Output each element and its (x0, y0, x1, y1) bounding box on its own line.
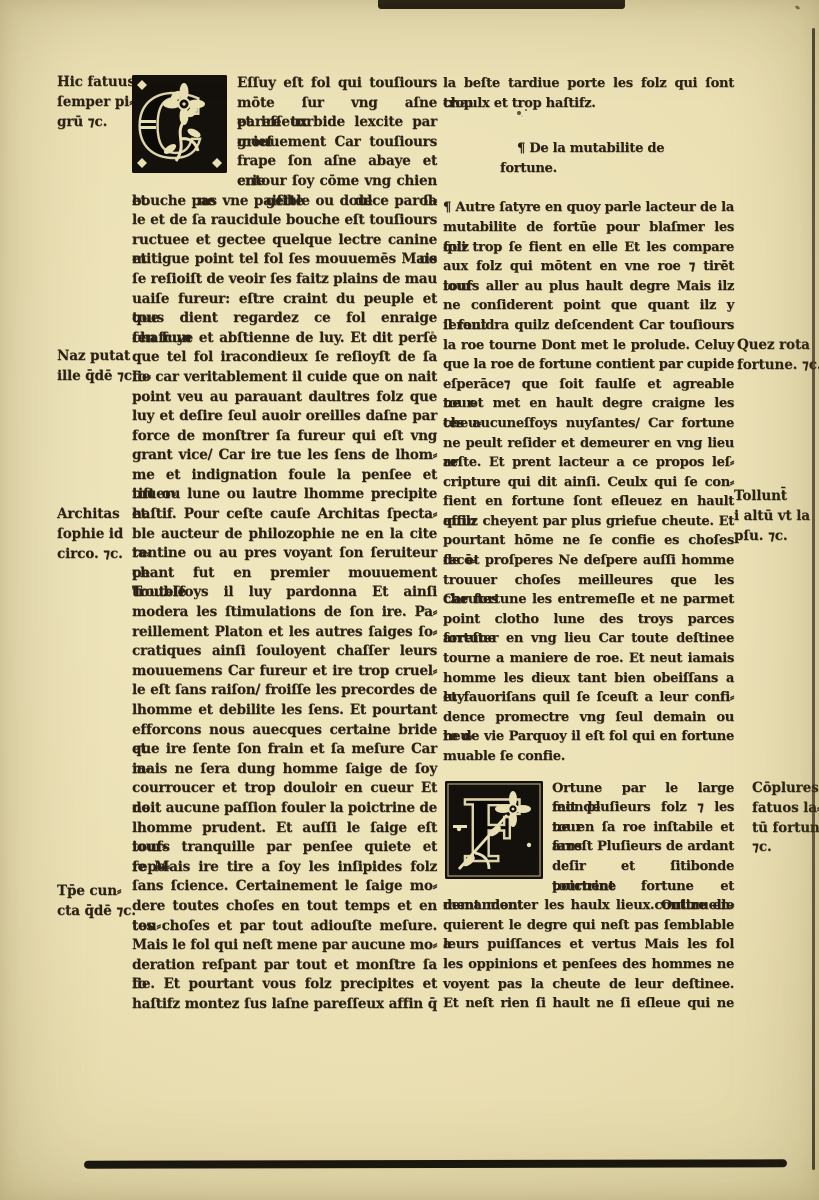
text-line: il fauldra quilz deſcendent Car touſiour… (443, 316, 734, 336)
margin-note-naz-putat: Naz putatille q̄dē ⁊c. (57, 347, 137, 387)
margin-note-line: ſemper pi⸗ (57, 93, 135, 113)
text-line: grant vice/ Car ire tue les ſens de lhom… (132, 446, 437, 466)
text-line: la roe tourne Dont met le prolude. Celuy (443, 336, 734, 356)
text-line: tes aucuneſfoys nuyſantes/ Car fortune (443, 414, 734, 434)
margin-note-line: grū ⁊c. (57, 113, 135, 133)
margin-note-complures: Cōpluresfatuos la⸗tū fortuna⁊c. (752, 779, 819, 858)
text-line: dere toutes choſes en tout temps et en t… (132, 897, 437, 917)
text-line: lhomme prudent. Et auſſi le ſaige eſt to… (132, 819, 437, 839)
margin-note-line: fatuos la⸗ (752, 799, 819, 819)
text-line: ſans ſcience. Certainement le ſaige mo⸗ (132, 877, 437, 897)
margin-note-line: Tp̄e cun⸗ (57, 882, 136, 902)
woodcut-initial-F: F (445, 781, 543, 879)
text-line: Mais le fol qui neſt mene par aucune mo⸗ (132, 936, 437, 956)
text-line: muable ſe confie. (443, 747, 734, 767)
paragraph-lines: la beſte tardiue porte les folz qui ſont… (443, 74, 734, 113)
text-line: haſtif. Pour ceſte cauſe Architas ſpecta… (132, 505, 437, 525)
text-line: le eſt ſans raiſon/ froiſſe les precorde… (132, 681, 437, 701)
text-line: que la roe de fortune contient par cupid… (443, 355, 734, 375)
text-line: voyent pas la cheute de leur deſtinee. (443, 975, 734, 995)
left-text-column: C (132, 74, 437, 1015)
text-line: entour ſoy cōme vng chien et ne gette de… (132, 172, 437, 192)
paragraph-lines: ¶ Autre ſatyre en quoy parle lacteur de … (443, 198, 734, 766)
heading-line: ¶ De la mutabilite de (443, 139, 734, 159)
fortune-paragraph: F (443, 779, 734, 1014)
margin-note-line: ſophie id (57, 525, 123, 545)
text-line: reſte. Et prent lacteur a ce propos leſ⸗ (443, 453, 734, 473)
text-line: aux folz qui mōtent en vne roe ⁊ tirēt t… (443, 257, 734, 277)
margin-note-tolluntur: Tollunt̄i altū vt lapſu. ⁊c. (734, 487, 810, 546)
text-line: ſe Mais ire tire a ſoy les inſipides fol… (132, 858, 437, 878)
text-line: qui trop ſe fient en elle Et les compare (443, 238, 734, 258)
scan-artifact-top-bar (378, 0, 625, 9)
text-line: trouuer choſes meilleures que les cheute… (443, 571, 734, 591)
text-line: me et indignation foule la penſee et inu… (132, 466, 437, 486)
margin-note-line: ille q̄dē ⁊c. (57, 367, 137, 387)
margin-note-architas: Architasſophie idcirco. ⁊c. (57, 505, 123, 564)
text-line: quilz cheyent par plus griefue cheute. E… (443, 512, 734, 532)
text-line: tournent fortune et demandent continuell… (443, 877, 734, 897)
text-line: point veu au parauant daultres folz que (132, 388, 437, 408)
chapter-heading: ¶ De la mutabilite defortune. (443, 139, 734, 178)
margin-note-line: i altū vt la (734, 507, 810, 527)
paragraph-lines: tournent fortune et demandent continuell… (443, 877, 734, 1014)
text-line: Et neſt rien ſi hault ne ſi eſleue qui n… (443, 994, 734, 1014)
margin-note-line: Cōplures (752, 779, 819, 799)
margin-note-line: cta q̄dē ⁊c. (57, 902, 136, 922)
margin-note-line: ⁊c. (752, 838, 819, 858)
text-line: re de vie Parquoy il eſt fol qui en fort… (443, 727, 734, 747)
text-line: iours tranquille par penſee quiete et re… (132, 838, 437, 858)
margin-note-hic-fatuus: Hic fatuusſemper pi⸗grū ⁊c. (57, 73, 135, 132)
text-line: haſtifz montez ſus laſne pareſſeux affin… (132, 995, 437, 1015)
scan-artifact-right-edge-line (812, 28, 815, 1170)
text-line: iours aller au plus hault degre Mais ilz (443, 277, 734, 297)
text-line: tes choſes et par tout adiouſte meſure. (132, 917, 437, 937)
text-line: reillement Platon et les autres ſaiges ſ… (132, 623, 437, 643)
text-line: pourtant hōme ne ſe confie es choſes ſec… (443, 531, 734, 551)
book-page-scan: Hic fatuusſemper pi⸗grū ⁊c. Naz putatill… (0, 0, 819, 1200)
text-line: ſe reſioiſt de veoir ſes faitz plains de… (132, 270, 437, 290)
text-line: lie. Et pourtant vous folz precipites et (132, 975, 437, 995)
text-line: Car fortune les entremeſle et ne parmet (443, 590, 734, 610)
woodcut-initial-C: C (132, 75, 227, 173)
margin-note-tpe-cuncta: Tp̄e cun⸗cta q̄dē ⁊c. (57, 882, 136, 922)
margin-note-line: Quez rota (737, 336, 819, 356)
text-line: ment monter les haulx lieux. Oultre en⸗ (443, 896, 734, 916)
text-line: ne peult reſider et demeurer en vng lieu… (443, 434, 734, 454)
text-line: ble aucteur de philozophie ne en la cite… (132, 525, 437, 545)
text-line: ne conſiderent point que quant ilz y ſer… (443, 296, 734, 316)
drop-cap-letter: C (136, 77, 204, 173)
text-line: mouuemens Car fureur et ire trop cruel⸗ (132, 662, 437, 682)
margin-note-line: tū fortuna (752, 819, 819, 839)
text-line: que tel fol iracondieux ſe reſioyſt de ſ… (132, 348, 437, 368)
text-line: que ire ſente ſon frain et ſa meſure Car… (132, 740, 437, 760)
margin-note-line: Architas (57, 505, 123, 525)
text-line: la beſte tardiue porte les folz qui ſont… (443, 74, 734, 94)
text-line: tourne a maniere de roe. Et neut iamais (443, 649, 734, 669)
scan-artifact-bottom-bar (84, 1159, 787, 1168)
text-line: de et proſperes Ne deſpere auſſi homme (443, 551, 734, 571)
text-line: Touteſfoys il luy pardonna Et ainſi (132, 583, 437, 603)
text-line: ne et met en hault degre craigne les che… (443, 394, 734, 414)
margin-note-line: fortune. ⁊c. (737, 356, 819, 376)
text-line: fient en fortune ſont eſleuez en hault a… (443, 492, 734, 512)
heading-line: fortune. (443, 159, 734, 179)
text-line: courroucer et trop douloir en cueur Et n… (132, 779, 437, 799)
text-line: bouche pas vne paiſible ou doulce parol⸗ (132, 192, 437, 212)
text-line: cratiques ainſi ſouloyent chaſſer leurs (132, 642, 437, 662)
text-line: point clotho lune des troys parces fortu… (443, 610, 734, 630)
text-line: luy et deſire ſeul auoir oreilles daſne … (132, 407, 437, 427)
text-line: tiſt ou lune ou lautre lhomme precipite … (132, 485, 437, 505)
text-line: arreſter en vng lieu Car toute deſtinee (443, 629, 734, 649)
drop-cap-F-woodcut: F (445, 781, 543, 879)
paragraph-lines: entour ſoy cōme vng chien et ne gette de… (132, 172, 437, 1015)
text-line: efforcons nous auecques certaine bride e… (132, 721, 437, 741)
text-line: tous dient regardez ce fol enraige chaſc… (132, 309, 437, 329)
margin-note-line: Tollunt̄ (734, 487, 810, 507)
text-line: lhomme et debilite les ſens. Et pourtant (132, 701, 437, 721)
text-line: le et de ſa raucidule bouche eſt touſiou… (132, 211, 437, 231)
text-line: dence promectre vng ſeul demain ou heu⸗ (443, 708, 734, 728)
text-line: ¶ Autre ſatyre en quoy parle lacteur de … (443, 198, 734, 218)
margin-note-line: pſu. ⁊c. (734, 527, 810, 547)
drop-cap-C-woodcut: C (132, 75, 227, 173)
margin-note-quez-rota: Quez rotafortune. ⁊c. (737, 336, 819, 376)
text-line: mais ne ſera dung homme ſaige de ſoy (132, 760, 437, 780)
ink-speck (795, 5, 801, 10)
text-line: rentine ou au pres voyant ſon ſeruiteur … (132, 544, 437, 564)
text-line: modera les ſtimulations de ſon ire. Pa⸗ (132, 603, 437, 623)
margin-note-line: Hic fatuus (57, 73, 135, 93)
text-line: force de monſtrer ſa fureur qui eſt vng (132, 427, 437, 447)
margin-note-line: circo. ⁊c. (57, 545, 123, 565)
text-line: les oppinions et penſees des hommes ne (443, 955, 734, 975)
text-line: leurs puiſſances et vertus Mais les fol (443, 935, 734, 955)
right-text-column: la beſte tardiue porte les folz qui ſont… (443, 74, 734, 1014)
text-line: uaiſe fureur: eſtre craint du peuple et … (132, 290, 437, 310)
text-line: mitigue point tel fol ſes mouuemēs Mais (132, 250, 437, 270)
text-line: chant fut en premier mouuement trouble (132, 564, 437, 584)
text-line: chaulx et trop haſtifz. (443, 94, 734, 114)
text-line: lie car veritablement il cuide que on na… (132, 368, 437, 388)
margin-note-line: Naz putat (57, 347, 137, 367)
text-line: eſperāce⁊ que ſoit faulſe et agreable to… (443, 375, 734, 395)
text-line: deration reſpant par tout et monſtre ſa … (132, 956, 437, 976)
text-line: cripture qui dit ainſi. Ceulx qui ſe con… (443, 473, 734, 493)
text-line: mutabilite de fortūe pour blaſmer les fo… (443, 218, 734, 238)
text-line: ructuee et gectee quelque lectre canine … (132, 231, 437, 251)
text-line: homme les dieux tant bien obeiſſans a lu… (443, 669, 734, 689)
text-line: ſen fuye et abſtienne de luy. Et dit per… (132, 329, 437, 349)
text-line: doit aucune paſſion fouler la poictrine … (132, 799, 437, 819)
text-line: et fauoriſans quil ſe ſceuſt a leur conf… (443, 688, 734, 708)
text-line: quierent le degre qui neſt pas ſemblable… (443, 916, 734, 936)
